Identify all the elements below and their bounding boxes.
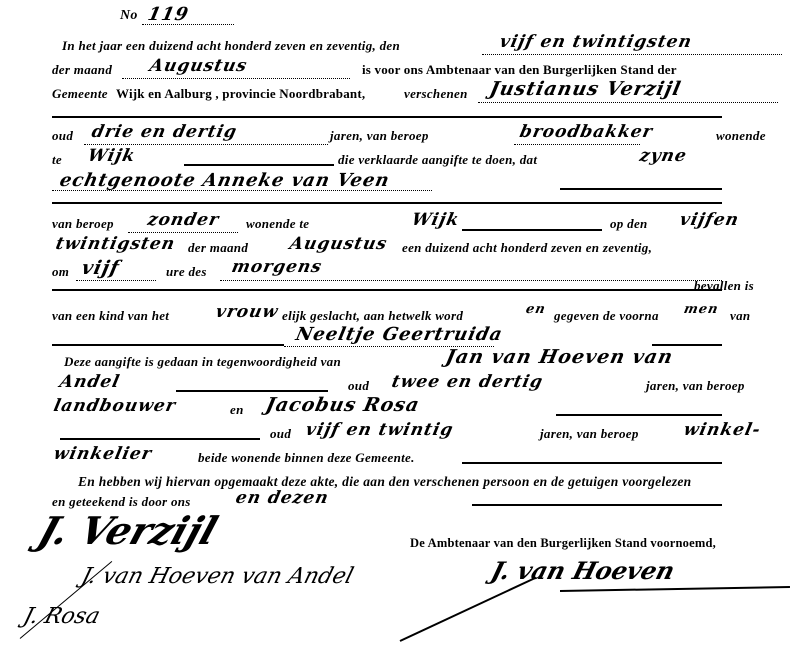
dotted-line (482, 54, 782, 55)
handwritten-sex: vrouw (214, 302, 280, 322)
printed-text: oud (348, 378, 369, 394)
printed-text: jaren, van beroep (646, 378, 745, 394)
line-17: winkelier beide wonende binnen deze Geme… (0, 446, 800, 468)
dotted-line (52, 190, 432, 191)
closing-text: En hebben wij hiervan opgemaakt deze akt… (78, 474, 691, 490)
signature-registrar: J. van Hoeven (488, 556, 678, 585)
rule-line (560, 188, 722, 190)
rule-line (462, 462, 722, 464)
printed-text: verschenen (404, 86, 468, 102)
rule-line (52, 344, 284, 346)
certificate-number-row: No 119 (0, 6, 800, 28)
printed-text: Wijk en Aalburg , provincie Noordbrabant… (116, 86, 365, 102)
line-4: oud drie en dertig jaren, van beroep bro… (0, 124, 800, 146)
line-6: echtgenoote Anneke van Veen (0, 172, 800, 194)
printed-text: gegeven de voorna (554, 308, 659, 324)
rule-line (52, 202, 722, 204)
handwritten-mother-name: echtgenoote Anneke van Veen (58, 170, 392, 191)
rule-line (60, 438, 260, 440)
rule-line (472, 504, 722, 506)
printed-text: een duizend acht honderd zeven en zevent… (402, 240, 652, 256)
number-value: 119 (146, 4, 191, 25)
printed-text: elijk geslacht, aan hetwelk word (282, 308, 463, 324)
handwritten-witness-1-age: twee en dertig (390, 372, 545, 392)
handwritten-witness-2-age: vijf en twintig (304, 420, 456, 440)
rule-line (184, 164, 334, 166)
signature-flourish (400, 577, 537, 642)
printed-text: oud (52, 128, 73, 144)
printed-text: der maand (188, 240, 248, 256)
handwritten-child-name: Neeltje Geertruida (294, 324, 505, 345)
line-12: Neeltje Geertruida (0, 328, 800, 350)
dotted-line (142, 24, 234, 25)
handwritten-text: en (524, 302, 547, 317)
line-3: Gemeente Wijk en Aalburg , provincie Noo… (0, 84, 800, 106)
dotted-line (128, 232, 238, 233)
printed-text: is voor ons Ambtenaar van den Burgerlijk… (362, 62, 677, 78)
printed-text: bevallen is (694, 278, 754, 294)
number-label: No (120, 8, 138, 24)
line-16: oud vijf en twintig jaren, van beroep wi… (0, 422, 800, 444)
handwritten-day: vijf en twintigsten (498, 32, 694, 52)
signature-witness-1: J. van Hoeven van Andel (79, 564, 356, 589)
birth-certificate-page: No 119 In het jaar een duizend acht hond… (0, 0, 800, 670)
handwritten-witness-1-name: Jan van Hoeven van (444, 346, 676, 368)
handwritten-month: Augustus (148, 56, 249, 76)
line-15: landbouwer en Jacobus Rosa (0, 398, 800, 420)
printed-text: wonende te (246, 216, 309, 232)
registrar-label: De Ambtenaar van den Burgerlijken Stand … (410, 536, 716, 551)
handwritten-declarant-name: Justianus Verzijl (488, 78, 684, 100)
dotted-line (478, 102, 778, 103)
handwritten-birth-day-cont: twintigsten (54, 234, 177, 254)
printed-text: wonende (716, 128, 766, 144)
printed-text: jaren, van beroep (330, 128, 429, 144)
line-14: Andel oud twee en dertig jaren, van bero… (0, 374, 800, 396)
handwritten-birth-month: Augustus (288, 234, 389, 254)
printed-text: In het jaar een duizend acht honderd zev… (62, 38, 400, 54)
handwritten-witness-2-occupation: winkel- (682, 420, 763, 440)
handwritten-mother-occupation: zonder (146, 210, 221, 230)
rule-line (462, 229, 602, 231)
handwritten-mother-residence: Wijk (410, 210, 461, 230)
line-10-text: bevallen is (0, 272, 800, 294)
signature-flourish (560, 586, 790, 592)
printed-text: op den (610, 216, 648, 232)
line-18: En hebben wij hiervan opgemaakt deze akt… (0, 470, 800, 492)
rule-line (176, 390, 328, 392)
handwritten-age: drie en dertig (90, 122, 239, 142)
rule-line (52, 116, 722, 118)
printed-text: van (730, 308, 750, 324)
printed-text: jaren, van beroep (540, 426, 639, 442)
line-8: twintigsten der maand Augustus een duize… (0, 236, 800, 258)
printed-text: van een kind van het (52, 308, 169, 324)
printed-text: Gemeente (52, 86, 108, 102)
handwritten-birth-day: vijfen (678, 210, 741, 230)
handwritten-witness-1-name-cont: Andel (58, 372, 122, 392)
printed-text: Deze aangifte is gedaan in tegenwoordigh… (64, 354, 341, 370)
dotted-line (122, 78, 350, 79)
handwritten-witness-1-occupation: landbouwer (52, 396, 178, 416)
handwritten-witness-2-name: Jacobus Rosa (264, 394, 422, 416)
line-1: In het jaar een duizend acht honderd zev… (0, 36, 800, 58)
handwritten-text: zyne (638, 146, 689, 166)
handwritten-text: en dezen (234, 488, 331, 508)
printed-text: oud (270, 426, 291, 442)
dotted-line (514, 144, 640, 145)
rule-line (556, 414, 722, 416)
printed-text: van beroep (52, 216, 114, 232)
line-13: Deze aangifte is gedaan in tegenwoordigh… (0, 350, 800, 372)
line-7: van beroep zonder wonende te Wijk op den… (0, 212, 800, 234)
handwritten-occupation: broodbakker (518, 122, 655, 142)
printed-text: der maand (52, 62, 112, 78)
line-11: van een kind van het vrouw elijk geslach… (0, 304, 800, 326)
printed-text: die verklaarde aangifte te doen, dat (338, 152, 537, 168)
printed-text: beide wonende binnen deze Gemeente. (198, 450, 415, 466)
line-5: te Wijk die verklaarde aangifte te doen,… (0, 148, 800, 170)
printed-text: en (230, 402, 244, 418)
handwritten-witness-2-occupation-cont: winkelier (52, 444, 154, 464)
handwritten-residence: Wijk (86, 146, 137, 166)
dotted-line (84, 144, 328, 145)
handwritten-text: men (682, 302, 720, 317)
printed-text: te (52, 152, 62, 168)
signature-declarant: J. Verzijl (33, 508, 224, 553)
